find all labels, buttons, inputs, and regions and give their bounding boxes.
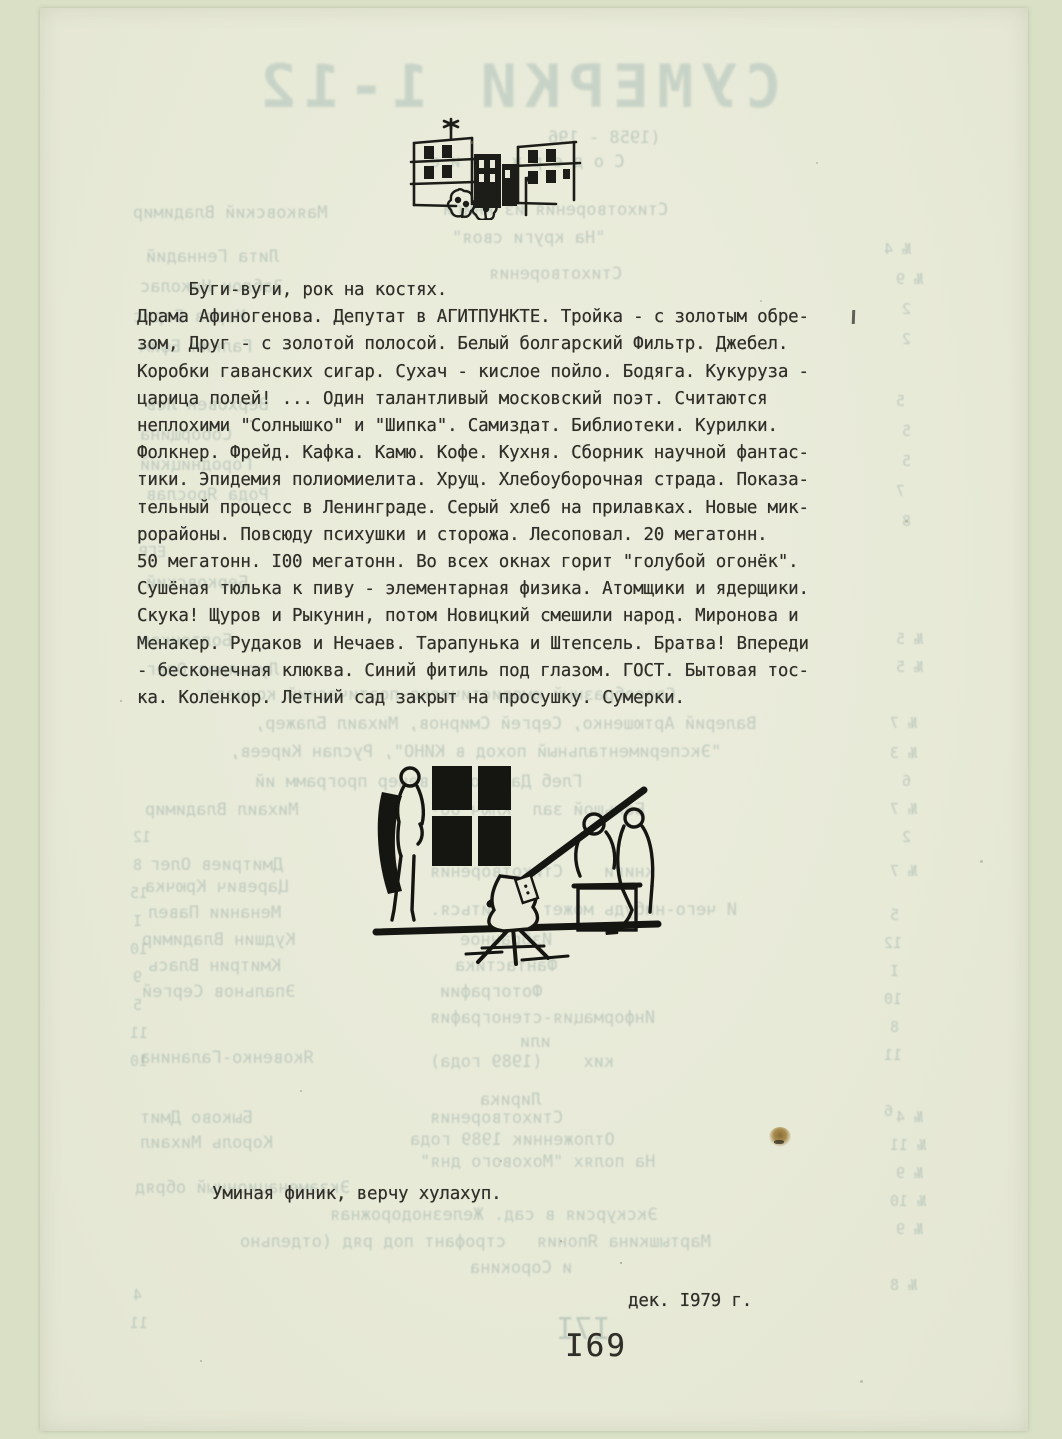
ghost-fragment: № 9: [896, 270, 923, 288]
paper-speck: [200, 1360, 202, 1362]
ghost-fragment: Дмитриев Олег: [150, 855, 283, 875]
ghost-fragment: "Экспериментальный поход в КИНО", Руслан…: [230, 742, 721, 762]
typewritten-line: Коробки гаванских сигар. Сухач - кислое …: [137, 362, 809, 382]
ghost-fragment: I: [890, 962, 899, 980]
typewritten-line: тельный процесс в Ленинграде. Серый хлеб…: [137, 498, 809, 518]
ghost-fragment: Стихотворения: [489, 264, 622, 284]
ghost-fragment: Лирика: [480, 1090, 541, 1110]
ghost-fragment: 12: [884, 934, 902, 952]
typewritten-line: Скука! Щуров и Рыкунин, потом Новицкий с…: [137, 606, 799, 626]
ghost-fragment: № 11: [890, 1136, 926, 1154]
ghost-fragment: 2: [902, 330, 911, 348]
ghost-fragment: 10: [130, 940, 148, 958]
typewritten-line: тики. Эпидемия полиомиелита. Хрущ. Хлебо…: [137, 470, 809, 490]
ghost-fragment: № 4: [884, 240, 911, 258]
ghost-fragment: Кмитрин Влась: [148, 956, 281, 976]
typewritten-line: рорайоны. Повсюду психушки и сторожа. Ле…: [137, 525, 768, 545]
scanned-document: { "document": { "lines": [ " Буги-вуги, …: [0, 0, 1062, 1439]
ghost-fragment: Мартышкина Япония строфант под ряд (отде…: [240, 1232, 711, 1252]
typewritten-line: 50 мегатонн. I00 мегатонн. Во всех окнах…: [137, 552, 799, 572]
ghost-fragment: 15: [130, 884, 148, 902]
paper-speck: [250, 420, 252, 422]
ghost-fragment: Экскурсия в сад. Железнодорожная: [330, 1205, 658, 1225]
ghost-fragment: Менании Павел: [148, 903, 281, 923]
typewritten-line: Менакер. Рудаков и Нечаев. Тарапунька и …: [137, 634, 809, 654]
typewritten-line: Сушёная тюлька к пиву - элементарная физ…: [137, 579, 809, 599]
page-number: I69: [565, 1328, 627, 1364]
paper-speck: [120, 700, 122, 702]
ghost-fragment: Стихотворения: [430, 1108, 563, 1128]
ghost-fragment: 8: [133, 856, 142, 874]
paper-speck: [300, 1090, 302, 1092]
ghost-fragment: I: [133, 912, 142, 930]
ghost-fragment: На полях "Мохового дня": [420, 1152, 655, 1172]
ghost-fragment: № 9: [896, 1164, 923, 1182]
ghost-fragment: 7: [896, 482, 905, 500]
ghost-fragment: 5: [896, 392, 905, 410]
ghost-fragment: или: [520, 1032, 551, 1052]
ghost-fragment: 11: [130, 1314, 148, 1332]
paper-speck: [560, 1240, 562, 1242]
typewritten-line: - бесконечная клюква. Синий фитиль под г…: [137, 661, 809, 681]
ghost-fragment: Отложенник 1989 года: [410, 1130, 615, 1150]
ghost-fragment: Быково Дмит: [140, 1108, 253, 1128]
ghost-fragment: 11: [884, 1046, 902, 1064]
typewritten-line: неплохими "Солнышко" и "Шипка". Самиздат…: [137, 416, 778, 436]
typewritten-line: ка. Коленкор. Летний сад закрыт на просу…: [137, 688, 685, 708]
date-line: дек. I979 г.: [628, 1291, 752, 1311]
paper-speck: [980, 860, 983, 863]
ghost-fragment: 6: [884, 1102, 893, 1120]
ghost-fragment: 12: [133, 828, 151, 846]
ghost-fragment: 2: [902, 300, 911, 318]
ghost-fragment: № 3: [890, 744, 917, 762]
ghost-fragment: Фотографии: [440, 982, 542, 1002]
ghost-fragment: 4: [133, 1286, 142, 1304]
ghost-fragment: 9: [133, 968, 142, 986]
typewritten-line: Драма Афиногенова. Депутат в АГИТПУНКТЕ.…: [137, 307, 809, 327]
city-blocks-illustration: [406, 116, 591, 220]
ghost-fragment: № 5: [896, 630, 923, 648]
ghost-fragment: ких (1989 года): [430, 1052, 614, 1072]
typewritten-line: зом, Друг - с золотой полосой. Белый бол…: [137, 334, 788, 354]
paper-speck: [640, 620, 642, 622]
ghost-fragment: 10: [884, 990, 902, 1008]
ghost-fragment: 5: [902, 422, 911, 440]
ghost-fragment: Лита Геннадий: [146, 247, 279, 267]
ghost-fragment: Яковенко-Галанина: [140, 1048, 314, 1068]
telescope-scene-illustration: [370, 760, 668, 968]
ghost-fragment: Михаил Владимир: [145, 800, 299, 820]
ghost-fragment: "На круги своя": [452, 228, 606, 248]
ghost-fragment: 10: [130, 1052, 148, 1070]
ghost-fragment: № 7: [890, 862, 917, 880]
ghost-fragment: Король Михаил: [140, 1133, 273, 1153]
ghost-fragment: Царевич Крючка: [145, 877, 288, 897]
ghost-fragment: и Сорокина: [470, 1258, 572, 1278]
ghost-fragment: № 4: [896, 1108, 923, 1126]
paper-speck: [620, 1262, 622, 1264]
ghost-fragment: 5: [133, 996, 142, 1014]
paper-speck: [500, 1160, 502, 1162]
ghost-fragment: Информация-стенография: [430, 1008, 655, 1028]
typewritten-line: Фолкнер. Фрейд. Кафка. Камю. Кофе. Кухня…: [137, 443, 809, 463]
ghost-fragment: Эпальнов Сергей: [142, 982, 296, 1002]
ghost-fragment: 5: [902, 452, 911, 470]
ghost-fragment: Маяковский Владимир: [133, 203, 327, 223]
paper-speck: [816, 162, 818, 164]
ghost-fragment: 5: [890, 906, 899, 924]
ghost-fragment: 2: [902, 828, 911, 846]
ghost-fragment: Кудшин Владимир: [142, 930, 296, 950]
ghost-fragment: Валерий Артюшенко, Сергей Смирнов, Михаи…: [255, 714, 757, 734]
paper-speck: [470, 141, 473, 144]
ghost-fragment: № 10: [890, 1192, 926, 1210]
typewritten-line: царица полей! ... Один талантливый моско…: [137, 389, 768, 409]
ghost-fragment: СУМЕРКИ 1-12: [252, 52, 781, 122]
paper-speck: [760, 300, 762, 302]
ghost-fragment: № 5: [896, 658, 923, 676]
paper-speck: [905, 520, 908, 523]
ghost-fragment: 11: [130, 1024, 148, 1042]
typewritten-line: Буги-вуги, рок на костях.: [137, 280, 447, 300]
ghost-fragment: № 9: [896, 1220, 923, 1238]
ghost-fragment: 6: [902, 772, 911, 790]
ink-stain: [769, 1127, 791, 1147]
ghost-fragment: № 8: [890, 1276, 917, 1294]
ghost-fragment: 8: [890, 1018, 899, 1036]
paper-speck: [860, 1380, 863, 1383]
ghost-fragment: № 7: [890, 714, 917, 732]
paper-sheet: СУМЕРКИ 1-12(1958 - 196С о д е р ж а н и…: [40, 8, 1028, 1431]
ghost-fragment: № 7: [890, 800, 917, 818]
footer-sentence: Уминая финик, верчу хулахуп.: [212, 1184, 501, 1204]
stray-ink-mark: [852, 310, 855, 324]
